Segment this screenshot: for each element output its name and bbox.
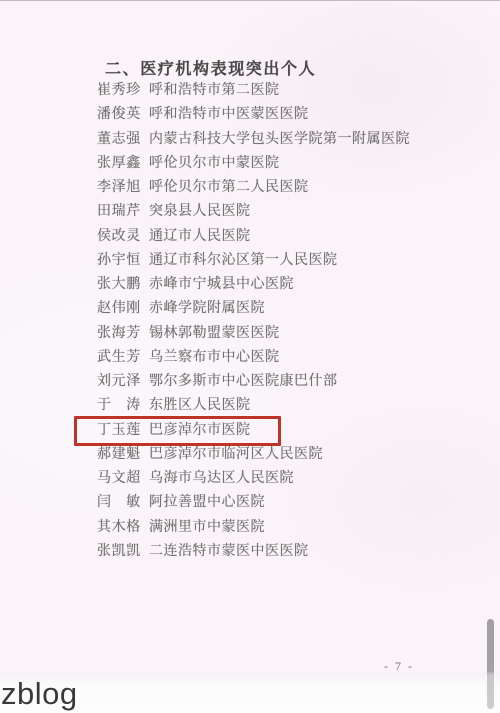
person-affiliation: 赤峰学院附属医院 — [149, 301, 265, 316]
list-item: 其木格满洲里市中蒙医院 — [97, 516, 480, 540]
person-affiliation: 内蒙古科技大学包头医学院第一附属医院 — [149, 132, 410, 147]
person-name: 李泽旭 — [97, 176, 149, 200]
list-item: 于 涛东胜区人民医院 — [97, 394, 480, 418]
person-affiliation: 乌海市乌达区人民医院 — [149, 471, 294, 486]
list-item: 赵伟刚赤峰学院附属医院 — [97, 297, 480, 321]
person-affiliation: 二连浩特市蒙医中医医院 — [149, 544, 309, 559]
person-name: 赵伟刚 — [97, 297, 149, 321]
person-affiliation: 东胜区人民医院 — [149, 398, 251, 413]
person-affiliation: 满洲里市中蒙医院 — [149, 520, 265, 535]
page-top-edge-line — [0, 0, 500, 1]
person-name: 崔秀珍 — [97, 79, 149, 103]
person-name: 刘元泽 — [97, 370, 149, 394]
list-item: 丁玉莲巴彦淖尔市医院 — [97, 419, 480, 443]
list-item: 张海芳锡林郭勒盟蒙医医院 — [97, 322, 480, 346]
person-affiliation: 锡林郭勒盟蒙医医院 — [149, 326, 280, 341]
person-name: 张海芳 — [97, 322, 149, 346]
list-item: 侯改灵通辽市人民医院 — [97, 225, 480, 249]
list-item: 郝建魁巴彦淖尔市临河区人民医院 — [97, 443, 480, 467]
person-affiliation: 鄂尔多斯市中心医院康巴什部 — [149, 374, 338, 389]
list-item: 刘元泽鄂尔多斯市中心医院康巴什部 — [97, 370, 480, 394]
person-affiliation: 呼和浩特市中医蒙医医院 — [149, 107, 309, 122]
person-affiliation: 巴彦淖尔市医院 — [149, 423, 251, 438]
list-item: 张厚鑫呼伦贝尔市中蒙医院 — [97, 152, 480, 176]
person-name: 董志强 — [97, 128, 149, 152]
person-name: 潘俊英 — [97, 103, 149, 127]
list-item: 马文超乌海市乌达区人民医院 — [97, 467, 480, 491]
person-name: 侯改灵 — [97, 225, 149, 249]
person-affiliation: 通辽市科尔沁区第一人民医院 — [149, 253, 338, 268]
list-item: 张大鹏赤峰市宁城县中心医院 — [97, 273, 480, 297]
section-title: 二、医疗机构表现突出个人 — [105, 56, 316, 79]
person-name: 武生芳 — [97, 346, 149, 370]
person-affiliation: 赤峰市宁城县中心医院 — [149, 277, 294, 292]
person-name: 闫 敏 — [97, 491, 149, 515]
scanned-document-page: 二、医疗机构表现突出个人 崔秀珍呼和浩特市第二医院 潘俊英呼和浩特市中医蒙医医院… — [0, 0, 500, 713]
person-name: 张大鹏 — [97, 273, 149, 297]
person-name: 田瑞芹 — [97, 200, 149, 224]
person-name: 张凯凯 — [97, 540, 149, 564]
person-name: 丁玉莲 — [97, 419, 149, 443]
person-affiliation: 乌兰察布市中心医院 — [149, 350, 280, 365]
person-name: 于 涛 — [97, 394, 149, 418]
list-item: 崔秀珍呼和浩特市第二医院 — [97, 79, 480, 103]
watermark-zblog: zblog — [1, 678, 78, 709]
scrollbar-thumb[interactable] — [487, 619, 494, 709]
person-affiliation: 突泉县人民医院 — [149, 204, 251, 219]
person-affiliation: 呼和浩特市第二医院 — [149, 83, 280, 98]
list-item: 李泽旭呼伦贝尔市第二人民医院 — [97, 176, 480, 200]
person-name: 孙宇恒 — [97, 249, 149, 273]
person-name: 马文超 — [97, 467, 149, 491]
person-affiliation: 阿拉善盟中心医院 — [149, 495, 265, 510]
person-name: 张厚鑫 — [97, 152, 149, 176]
person-affiliation: 通辽市人民医院 — [149, 229, 251, 244]
entry-list: 崔秀珍呼和浩特市第二医院 潘俊英呼和浩特市中医蒙医医院 董志强内蒙古科技大学包头… — [97, 79, 480, 564]
list-item: 张凯凯二连浩特市蒙医中医医院 — [97, 540, 480, 564]
person-affiliation: 呼伦贝尔市中蒙医院 — [149, 156, 280, 171]
person-name: 其木格 — [97, 516, 149, 540]
list-item: 武生芳乌兰察布市中心医院 — [97, 346, 480, 370]
person-affiliation: 呼伦贝尔市第二人民医院 — [149, 180, 309, 195]
list-item: 潘俊英呼和浩特市中医蒙医医院 — [97, 103, 480, 127]
list-item: 闫 敏阿拉善盟中心医院 — [97, 491, 480, 515]
list-item: 孙宇恒通辽市科尔沁区第一人民医院 — [97, 249, 480, 273]
person-affiliation: 巴彦淖尔市临河区人民医院 — [149, 447, 323, 462]
person-name: 郝建魁 — [97, 443, 149, 467]
list-item: 董志强内蒙古科技大学包头医学院第一附属医院 — [97, 128, 480, 152]
list-item: 田瑞芹突泉县人民医院 — [97, 200, 480, 224]
